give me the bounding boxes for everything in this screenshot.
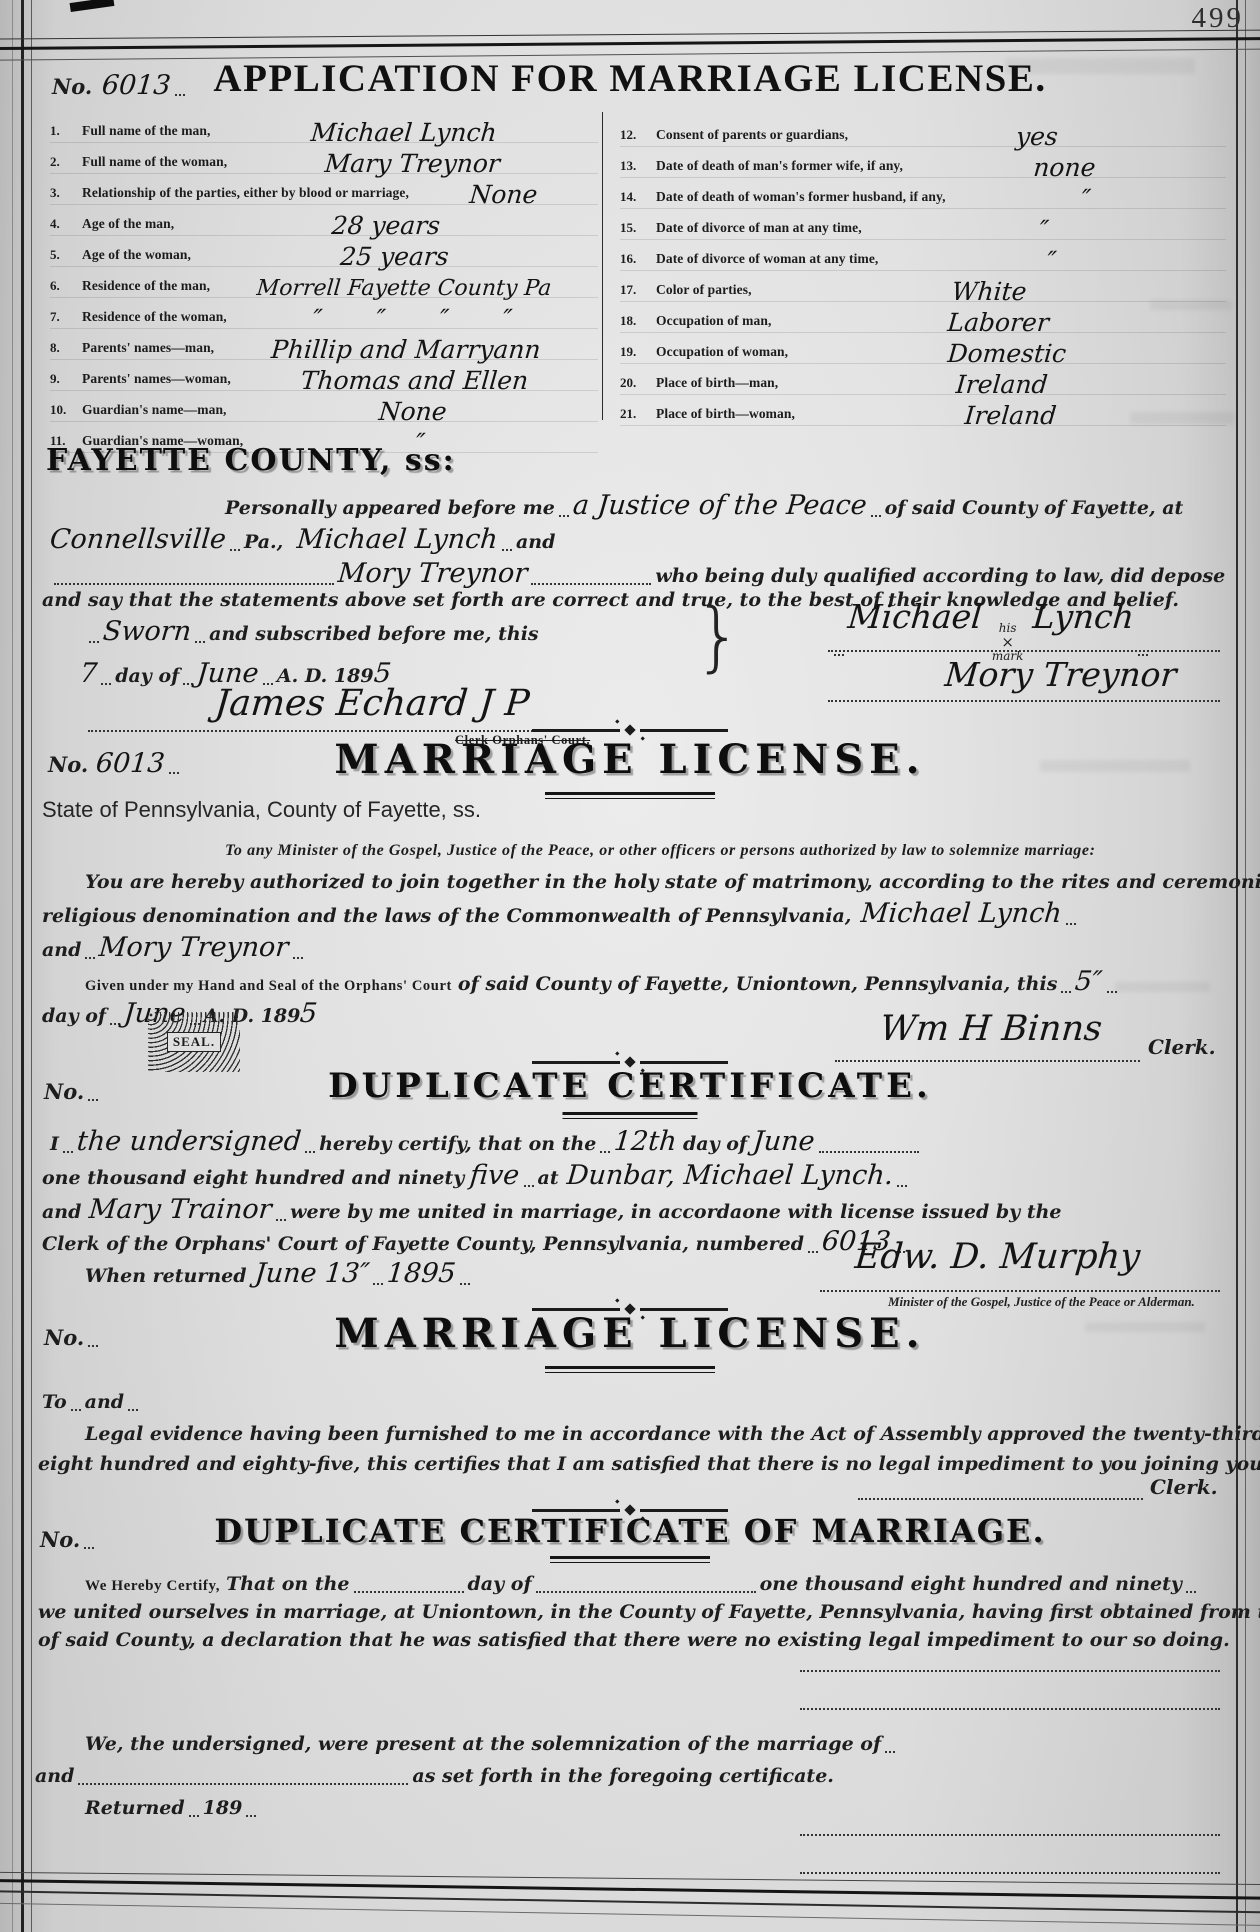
dotted-line [89,639,99,643]
form-row: 3.Relationship of the parties, either by… [50,174,598,205]
form-left-column: 1.Full name of the man,Michael Lynch 2.F… [50,112,598,453]
printed-text: We, the undersigned, were present at the… [85,1734,881,1756]
signature-line [820,1288,1220,1292]
dotted-line [524,1183,534,1187]
certify-caps: We Hereby Certify, [85,1578,220,1595]
form-row: 20.Place of birth—man,Ireland [620,364,1226,395]
form-row: 10.Guardian's name—man,None [50,391,598,422]
dotted-line [819,1149,919,1153]
heading-rule [550,1556,710,1563]
dotted-line [871,513,881,517]
field-number: 1. [50,123,82,142]
scan-blot [70,0,115,12]
dotted-line [128,1407,138,1411]
bottom-rule [0,1902,1260,1926]
printed-text: day of [468,1574,532,1596]
field-number: 18. [620,313,656,332]
returned-blank-line: Returned 189 [85,1798,630,1820]
section-divider [532,726,728,734]
form-right-column: 12.Consent of parents or guardians,yes 1… [620,116,1226,426]
field-label: Guardian's name—man, [82,402,227,421]
field-label: Full name of the man, [82,123,210,142]
dotted-line [1186,1589,1196,1593]
dotted-line [354,1589,464,1593]
dupcert2-body-1: we united ourselves in marriage, at Unio… [38,1602,1260,1624]
right-edge-line-2 [1245,0,1246,1932]
printed-text: I [50,1134,59,1156]
dotted-line [189,1813,199,1817]
field-number: 7. [50,309,82,328]
page-number: 499 [1192,2,1245,35]
field-number: 21. [620,406,656,425]
field-value: ″ [861,217,1227,242]
license-body-3: and Mory Treynor [42,934,842,962]
field-value: 28 years [173,213,599,238]
dupcert2-title: DUPLICATE CERTIFICATE OF MARRIAGE. [0,1512,1260,1550]
left-edge-line [12,0,13,1932]
printed-text: of said County of Fayette, at [885,498,1184,520]
blank-signature-line [800,1832,1220,1836]
printed-text: day of [42,1006,106,1028]
field-value: Mary Treynor [226,151,599,176]
dotted-line [373,1281,383,1285]
form-row: 2.Full name of the woman,Mary Treynor [50,143,598,174]
certificate-line-3: and Mary Trainor were by me united in ma… [42,1196,1228,1224]
county-heading: FAYETTE COUNTY, ss: [46,443,456,478]
heading-rule [563,1112,698,1119]
form-row: 8.Parents' names—man,Phillip and Marryan… [50,329,598,360]
returned-line: When returned June 13″ 1895 [85,1260,645,1288]
signature-line [88,728,548,732]
field-number: 13. [620,158,656,177]
dotted-line [78,1781,408,1785]
field-number: 4. [50,216,82,235]
dotted-line [110,1021,120,1025]
printed-text: at [538,1168,559,1190]
field-value: None [408,182,599,207]
field-label: Parents' names—man, [82,340,214,359]
field-label: Date of divorce of woman at any time, [656,251,878,270]
field-value: ″ [877,248,1227,273]
seal-label: SEAL. [167,1032,221,1052]
license-body-2: religious denomination and the laws of t… [42,900,1228,928]
form-row: 12.Consent of parents or guardians,yes [620,116,1226,147]
state-line: State of Pennsylvania, County of Fayette… [42,797,481,823]
dotted-line [195,639,205,643]
given-line: Given under my Hand and Seal of the Orph… [85,968,1228,996]
field-label: Date of death of woman's former husband,… [656,189,946,208]
printed-text: To [42,1392,67,1414]
printed-text: hereby certify, that on the [319,1134,596,1156]
dotted-line [502,547,512,551]
left-binding-line [21,0,24,1932]
minister-label: Minister of the Gospel, Justice of the P… [888,1294,1195,1310]
dotted-line [559,513,569,517]
dotted-line [71,1407,81,1411]
clerk-signature: Wm H Binns [878,1012,1103,1047]
address-line: To any Minister of the Gospel, Justice o… [225,842,1096,860]
field-value: None [225,399,599,424]
field-value: yes [847,124,1227,149]
dupcert2-body-2: of said County, a declaration that he wa… [38,1630,1230,1652]
minister-signature: Edw. D. Murphy [853,1240,1141,1275]
printed-text: day of [115,666,179,688]
affidavit-line-3: Mory Treynor who being duly qualified ac… [50,560,1228,588]
field-number: 10. [50,402,82,421]
field-label: Relationship of the parties, either by b… [82,185,409,204]
field-label: Age of the man, [82,216,174,235]
duplicate-certificate-title: DUPLICATE CERTIFICATE. [0,1066,1260,1106]
day-handwritten: 5″ [1074,968,1104,995]
field-label: Parents' names—woman, [82,371,231,390]
field-value: Morrell Fayette County Pa [209,278,599,300]
dotted-line [305,1149,315,1153]
month-handwritten: June [752,1128,816,1155]
field-label: Age of the woman, [82,247,191,266]
field-label: Occupation of man, [656,313,771,332]
printed-text: one thousand eight hundred and ninety [760,1574,1182,1596]
groom-name-handwritten: Michael Lynch [296,526,499,553]
right-edge-line [1236,0,1238,1932]
field-number: 5. [50,247,82,266]
affidavit-line-2: Connellsville Pa., Michael Lynch and [50,526,1228,554]
printed-text: and subscribed before me, this [209,624,538,646]
bride-signature: Mory Treynor [944,658,1178,691]
witness-and-line: and as set forth in the foregoing certif… [35,1766,895,1788]
printed-text: That on the [226,1574,349,1596]
field-number: 16. [620,251,656,270]
form-row: 9.Parents' names—woman,Thomas and Ellen [50,360,598,391]
groom-signature-last: Lynch [1032,600,1136,633]
license2-body-1: Legal evidence having been furnished to … [85,1424,1260,1446]
signature-line [828,698,1220,702]
field-label: Date of divorce of man at any time, [656,220,862,239]
application-title: APPLICATION FOR MARRIAGE LICENSE. [0,56,1260,101]
given-date-line: day of June A. D. 189 5 [42,1000,562,1028]
field-value: Domestic [787,341,1227,366]
field-number: 3. [50,185,82,204]
field-label: Color of parties, [656,282,752,301]
field-value: Laborer [770,310,1227,335]
printed-text: When returned [85,1266,247,1288]
witness-line: We, the undersigned, were present at the… [85,1734,1228,1756]
license-title: MARRIAGE LICENSE. [0,736,1260,783]
field-number: 8. [50,340,82,359]
field-label: Occupation of woman, [656,344,788,363]
printed-text: and [35,1766,74,1788]
dotted-line [1061,989,1071,993]
field-value: Thomas and Ellen [230,368,599,393]
section-divider [532,1058,728,1066]
heading-rule [545,792,715,799]
field-label: Full name of the woman, [82,154,227,173]
printed-text: Clerk of the Orphans' Court of Fayette C… [42,1234,804,1256]
license2-body-2: eight hundred and eighty-five, this cert… [38,1454,1260,1476]
year-handwritten: five [469,1162,521,1189]
bride-name-handwritten: Mory Treynor [337,560,529,587]
signature-line [835,1058,1140,1062]
printed-text: Returned [85,1798,185,1820]
printed-text: 189 [203,1798,243,1820]
printed-text: Pa., [244,532,283,554]
form-row: 5.Age of the woman,25 years [50,236,598,267]
license2-title: MARRIAGE LICENSE. [0,1310,1260,1357]
dotted-line [63,1149,73,1153]
field-value: ″ ″ ″ ″ [226,306,599,331]
printed-text: religious denomination and the laws of t… [42,906,851,928]
field-value: White [750,279,1227,304]
blank-signature-line [800,1668,1220,1672]
signature-line [858,1496,1143,1500]
year-handwritten: 5 [299,1000,319,1027]
returned-year-handwritten: 1895 [386,1260,457,1287]
field-number: 20. [620,375,656,394]
printed-text: of said County of Fayette, Uniontown, Pe… [458,974,1057,996]
form-row: 16.Date of divorce of woman at any time,… [620,240,1226,271]
bride-name-handwritten: Mary Trainor [88,1196,273,1223]
groom-signature-first: Michael [847,600,984,633]
place-and-groom-handwritten: Dunbar, Michael Lynch. [565,1162,894,1189]
dotted-line [536,1589,756,1593]
blank-signature-line [800,1870,1220,1874]
field-label: Place of birth—man, [656,375,778,394]
brace-glyph: } [694,598,742,674]
dotted-line [808,1249,818,1253]
form-row: 17.Color of parties,White [620,271,1226,302]
field-number: 2. [50,154,82,173]
field-label: Date of death of man's former wife, if a… [656,158,903,177]
dotted-line [85,955,95,959]
printed-text: day of [683,1134,747,1156]
field-number: 17. [620,282,656,301]
affidavit-line-1: Personally appeared before me a Justice … [225,492,1228,520]
certificate-line-1: I the undersigned hereby certify, that o… [50,1128,1228,1156]
printed-text: one thousand eight hundred and ninety [42,1168,464,1190]
left-binding-line-2 [31,0,32,1932]
license-body-1: You are hereby authorized to join togeth… [85,872,1260,894]
sworn-handwritten: Sworn [102,618,193,645]
heading-rule [545,1366,715,1373]
dotted-line [101,681,111,685]
form-row: 15.Date of divorce of man at any time,″ [620,209,1226,240]
field-label: Place of birth—woman, [656,406,795,425]
signature-line [828,648,1220,652]
dotted-line [276,1217,286,1221]
field-value: none [902,155,1227,180]
form-column-divider [602,112,603,420]
printed-text: Personally appeared before me [225,498,555,520]
dupcert2-certify-line: We Hereby Certify, That on the day of on… [85,1574,1228,1596]
printed-text: and [42,1202,81,1224]
certificate-line-2: one thousand eight hundred and ninety fi… [42,1162,1228,1190]
bride-name-handwritten: Mory Treynor [98,934,290,961]
dotted-line [54,581,334,585]
field-number: 14. [620,189,656,208]
day-handwritten: 12th [613,1128,678,1155]
undersigned-handwritten: the undersigned [76,1128,303,1155]
form-row: 18.Occupation of man,Laborer [620,302,1226,333]
form-row: 21.Place of birth—woman,Ireland [620,395,1226,426]
field-value: Phillip and Marryann [213,337,599,362]
license2-to-line: To and [42,1392,1228,1414]
dotted-line [183,681,193,685]
dotted-line [293,955,303,959]
printed-text: and [516,532,555,554]
dotted-line [460,1281,470,1285]
printed-text: as set forth in the foregoing certificat… [412,1766,833,1788]
returned-date-handwritten: June 13″ [253,1260,370,1287]
dotted-line [1107,989,1117,993]
form-row: 7.Residence of the woman,″ ″ ″ ″ [50,298,598,329]
field-value: 25 years [190,244,599,269]
day-handwritten: 7 [79,660,99,687]
field-number: 15. [620,220,656,239]
form-row: 14.Date of death of woman's former husba… [620,178,1226,209]
printed-text: and [85,1392,124,1414]
field-number: 12. [620,127,656,146]
field-value: Ireland [777,372,1227,397]
field-value: Michael Lynch [209,120,599,145]
given-caps: Given under my Hand and Seal of the Orph… [85,978,452,995]
field-label: Consent of parents or guardians, [656,127,848,146]
form-row: 4.Age of the man,28 years [50,205,598,236]
dotted-line [897,1183,907,1187]
officiant-handwritten: a Justice of the Peace [572,492,868,519]
clerk-label: Clerk. [1148,1036,1216,1059]
field-number: 9. [50,371,82,390]
dotted-line [246,1813,256,1817]
dotted-line [531,581,651,585]
dotted-line [1066,921,1076,925]
field-label: Residence of the woman, [82,309,227,328]
printed-text: who being duly qualified according to la… [655,566,1225,588]
field-value: Ireland [794,403,1227,428]
form-row: 19.Occupation of woman,Domestic [620,333,1226,364]
field-number: 19. [620,344,656,363]
officer-signature: James Echard J P [213,686,530,722]
blank-signature-line [800,1706,1220,1710]
scanned-marriage-record-page: 499 No. 6013 APPLICATION FOR MARRIAGE LI… [0,0,1260,1932]
top-rule [0,37,1260,50]
printed-text: were by me united in marriage, in accord… [290,1202,1061,1224]
printed-text: and [42,940,81,962]
form-row: 13.Date of death of man's former wife, i… [620,147,1226,178]
field-value: ″ [944,186,1227,211]
place-handwritten: Connellsville [49,526,227,553]
clerk-label: Clerk. [1150,1476,1218,1499]
field-number: 6. [50,278,82,297]
orphans-court-seal: SEAL. [148,1012,240,1072]
form-row: 1.Full name of the man,Michael Lynch [50,112,598,143]
dotted-line [834,652,844,656]
form-row: 6.Residence of the man,Morrell Fayette C… [50,267,598,298]
dotted-line [885,1749,895,1753]
dotted-line [230,547,240,551]
dotted-line [600,1149,610,1153]
groom-name-handwritten: Michael Lynch [860,900,1063,927]
field-label: Residence of the man, [82,278,210,297]
sworn-line: Sworn and subscribed before me, this [85,618,685,646]
